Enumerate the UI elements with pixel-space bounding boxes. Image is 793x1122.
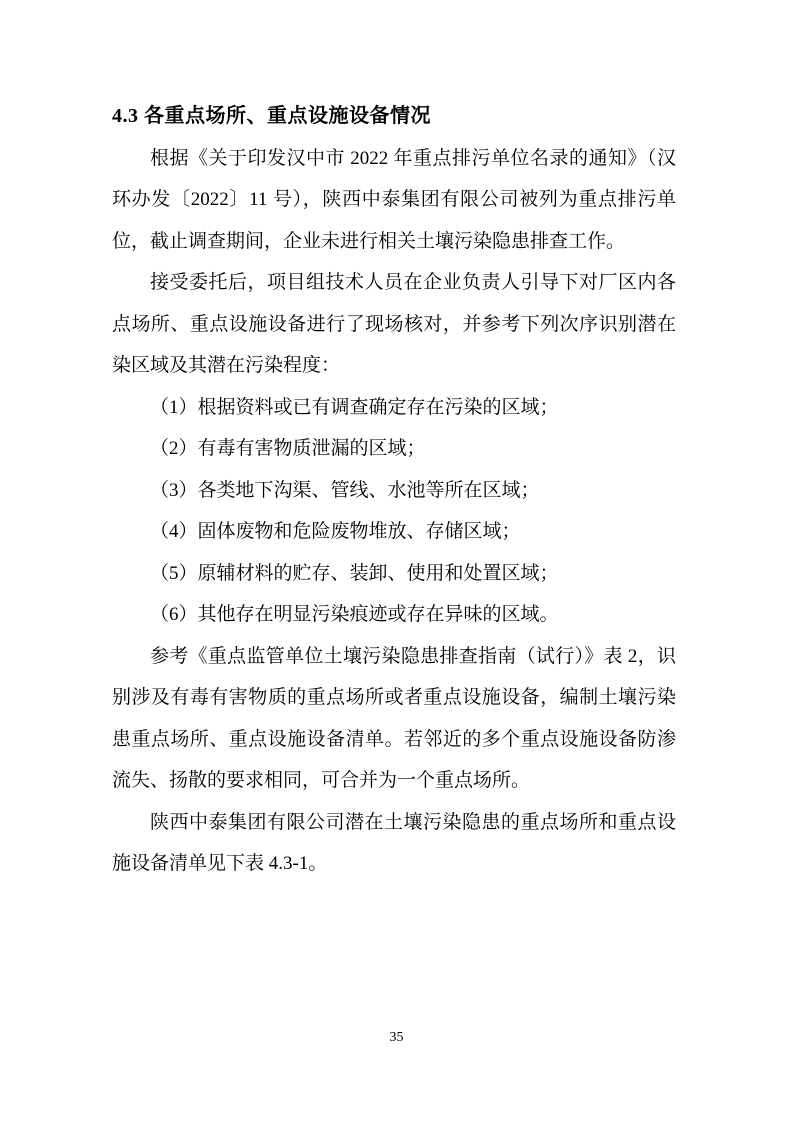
text-line: （2）有毒有害物质泄漏的区域； (112, 428, 676, 470)
section-heading: 4.3 各重点场所、重点设施设备情况 (112, 96, 676, 138)
paragraph: 参考《重点监管单位土壤污染隐患排查指南（试行）》表 2，识别涉及有毒有害物质的重… (112, 636, 676, 802)
text-line: （6）其他存在明显污染痕迹或存在异味的区域。 (112, 594, 676, 636)
paragraph: 接受委托后，项目组技术人员在企业负责人引导下对厂区内各重点场所、重点设施设备进行… (112, 262, 676, 387)
text-line: 参考《重点监管单位土壤污染隐患排查指南（试行）》表 2，识 (112, 636, 676, 678)
text-line: 别涉及有毒有害物质的重点场所或者重点设施设备，编制土壤污染隐 (112, 677, 676, 719)
text-line: 施设备清单见下表 4.3-1。 (112, 843, 676, 885)
text-line: 环办发〔2022〕11 号），陕西中泰集团有限公司被列为重点排污单 (112, 179, 676, 221)
page-footer: 35 (0, 1028, 793, 1048)
paragraph: （6）其他存在明显污染痕迹或存在异味的区域。 (112, 594, 676, 636)
paragraph: 根据《关于印发汉中市 2022 年重点排污单位名录的通知》（汉环办发〔2022〕… (112, 138, 676, 263)
document-page: 4.3 各重点场所、重点设施设备情况 根据《关于印发汉中市 2022 年重点排污… (0, 0, 793, 1122)
paragraph: 陕西中泰集团有限公司潜在土壤污染隐患的重点场所和重点设施设备清单见下表 4.3-… (112, 802, 676, 885)
text-line: 接受委托后，项目组技术人员在企业负责人引导下对厂区内各重 (112, 262, 676, 304)
text-line: （5）原辅材料的贮存、装卸、使用和处置区域； (112, 553, 676, 595)
text-line: 患重点场所、重点设施设备清单。若邻近的多个重点设施设备防渗漏、 (112, 719, 676, 761)
text-line: （4）固体废物和危险废物堆放、存储区域； (112, 511, 676, 553)
text-line: 根据《关于印发汉中市 2022 年重点排污单位名录的通知》（汉 (112, 138, 676, 180)
text-line: 陕西中泰集团有限公司潜在土壤污染隐患的重点场所和重点设 (112, 802, 676, 844)
paragraph: （3）各类地下沟渠、管线、水池等所在区域； (112, 470, 676, 512)
document-content: 4.3 各重点场所、重点设施设备情况 根据《关于印发汉中市 2022 年重点排污… (112, 96, 676, 885)
page-number: 35 (390, 1030, 404, 1045)
text-line: 点场所、重点设施设备进行了现场核对，并参考下列次序识别潜在污 (112, 304, 676, 346)
paragraph: （5）原辅材料的贮存、装卸、使用和处置区域； (112, 553, 676, 595)
text-line: 流失、扬散的要求相同，可合并为一个重点场所。 (112, 760, 676, 802)
text-line: 位，截止调查期间，企业未进行相关土壤污染隐患排查工作。 (112, 221, 676, 263)
paragraph-list: 根据《关于印发汉中市 2022 年重点排污单位名录的通知》（汉环办发〔2022〕… (112, 138, 676, 885)
paragraph: （2）有毒有害物质泄漏的区域； (112, 428, 676, 470)
paragraph: （1）根据资料或已有调查确定存在污染的区域； (112, 387, 676, 429)
paragraph: （4）固体废物和危险废物堆放、存储区域； (112, 511, 676, 553)
text-line: （3）各类地下沟渠、管线、水池等所在区域； (112, 470, 676, 512)
text-line: 染区域及其潜在污染程度： (112, 345, 676, 387)
text-line: （1）根据资料或已有调查确定存在污染的区域； (112, 387, 676, 429)
